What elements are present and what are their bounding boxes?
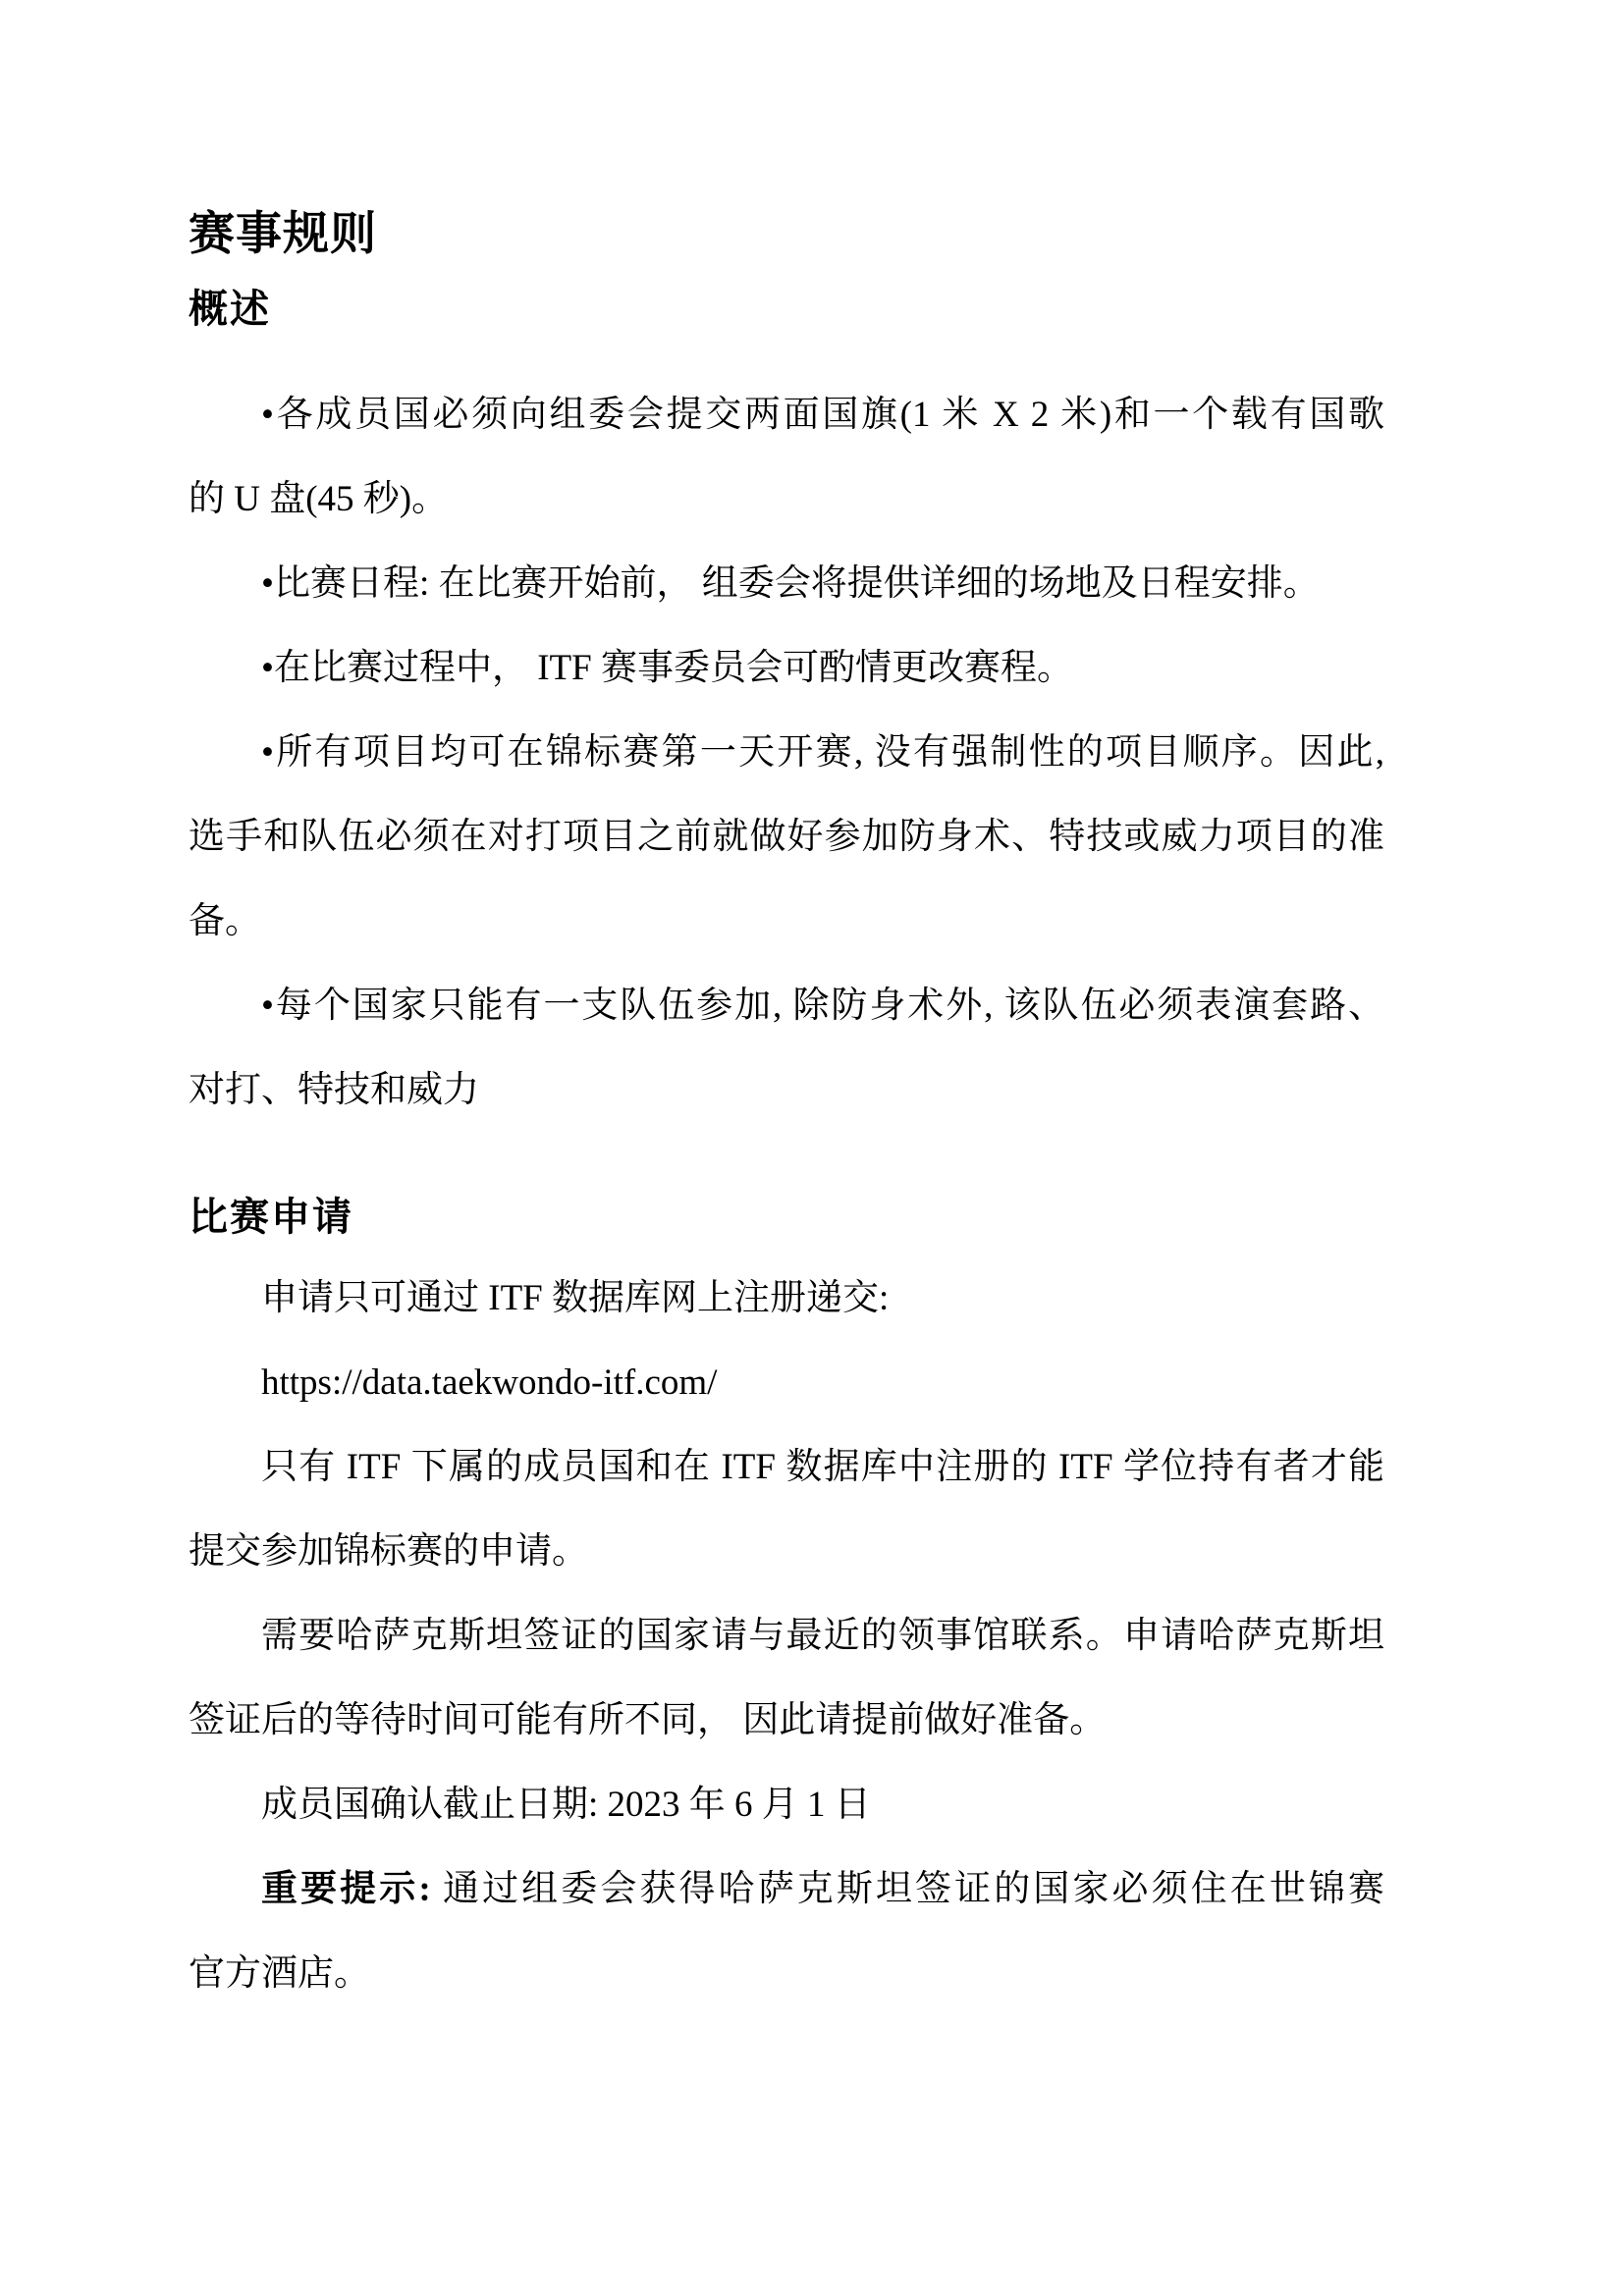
bullet-item-1-line-1: •各成员国必须向组委会提交两面国旗(1 米 X 2 米)和一个载有国歌 xyxy=(189,373,1384,457)
application-paragraph-3-line-2: 签证后的等待时间可能有所不同， 因此请提前做好准备。 xyxy=(189,1679,1384,1763)
bullet-item-4-line-1: •所有项目均可在锦标赛第一天开赛, 没有强制性的项目顺序。因此, xyxy=(189,711,1384,795)
bullet-item-4-text: 所有项目均可在锦标赛第一天开赛, 没有强制性的项目顺序。因此, xyxy=(274,732,1384,773)
important-note-line-1: 重要提示: 通过组委会获得哈萨克斯坦签证的国家必须住在世锦赛 xyxy=(189,1847,1384,1932)
bullet-item-2-text: 比赛日程: 在比赛开始前， 组委会将提供详细的场地及日程安排。 xyxy=(274,563,1320,604)
application-paragraph-1: 申请只可通过 ITF 数据库网上注册递交: xyxy=(189,1256,1384,1341)
doc-title: 赛事规则 xyxy=(189,207,1384,262)
bullet-item-3-line-1: •在比赛过程中， ITF 赛事委员会可酌情更改赛程。 xyxy=(189,626,1384,711)
bullet-item-4-line-2: 选手和队伍必须在对打项目之前就做好参加防身术、特技或威力项目的准 xyxy=(189,795,1384,880)
page-content: 赛事规则 概述 •各成员国必须向组委会提交两面国旗(1 米 X 2 米)和一个载… xyxy=(189,0,1384,2016)
important-note-text: 通过组委会获得哈萨克斯坦签证的国家必须住在世锦赛 xyxy=(431,1869,1384,1909)
application-paragraph-2-line-1: 只有 ITF 下属的成员国和在 ITF 数据库中注册的 ITF 学位持有者才能 xyxy=(189,1425,1384,1510)
bullet-icon: • xyxy=(261,648,274,688)
registration-url: https://data.taekwondo-itf.com/ xyxy=(189,1341,1384,1425)
bullet-icon: • xyxy=(261,732,274,773)
application-paragraph-3-line-1: 需要哈萨克斯坦签证的国家请与最近的领事馆联系。申请哈萨克斯坦 xyxy=(189,1594,1384,1679)
bullet-item-2-line-1: •比赛日程: 在比赛开始前， 组委会将提供详细的场地及日程安排。 xyxy=(189,542,1384,626)
important-note-line-2: 官方酒店。 xyxy=(189,1932,1384,2016)
bullet-icon: • xyxy=(261,395,274,435)
bullet-item-3-text: 在比赛过程中， ITF 赛事委员会可酌情更改赛程。 xyxy=(274,648,1073,688)
bullet-item-1-text: 各成员国必须向组委会提交两面国旗(1 米 X 2 米)和一个载有国歌 xyxy=(274,395,1384,435)
important-note-prefix: 重要提示: xyxy=(261,1869,431,1909)
bullet-icon: • xyxy=(261,986,274,1026)
confirmation-deadline: 成员国确认截止日期: 2023 年 6 月 1 日 xyxy=(189,1763,1384,1847)
application-paragraph-2-line-2: 提交参加锦标赛的申请。 xyxy=(189,1510,1384,1594)
bullet-item-5-line-2: 对打、特技和威力 xyxy=(189,1048,1384,1133)
bullet-item-4-line-3: 备。 xyxy=(189,880,1384,964)
overview-heading: 概述 xyxy=(189,286,1384,333)
document-page: 赛事规则 概述 •各成员国必须向组委会提交两面国旗(1 米 X 2 米)和一个载… xyxy=(0,0,1624,2296)
bullet-item-5-text: 每个国家只能有一支队伍参加, 除防身术外, 该队伍必须表演套路、 xyxy=(274,986,1384,1026)
application-heading: 比赛申请 xyxy=(189,1194,1384,1241)
bullet-item-1-line-2: 的 U 盘(45 秒)。 xyxy=(189,457,1384,542)
bullet-icon: • xyxy=(261,563,274,604)
bullet-item-5-line-1: •每个国家只能有一支队伍参加, 除防身术外, 该队伍必须表演套路、 xyxy=(189,964,1384,1048)
